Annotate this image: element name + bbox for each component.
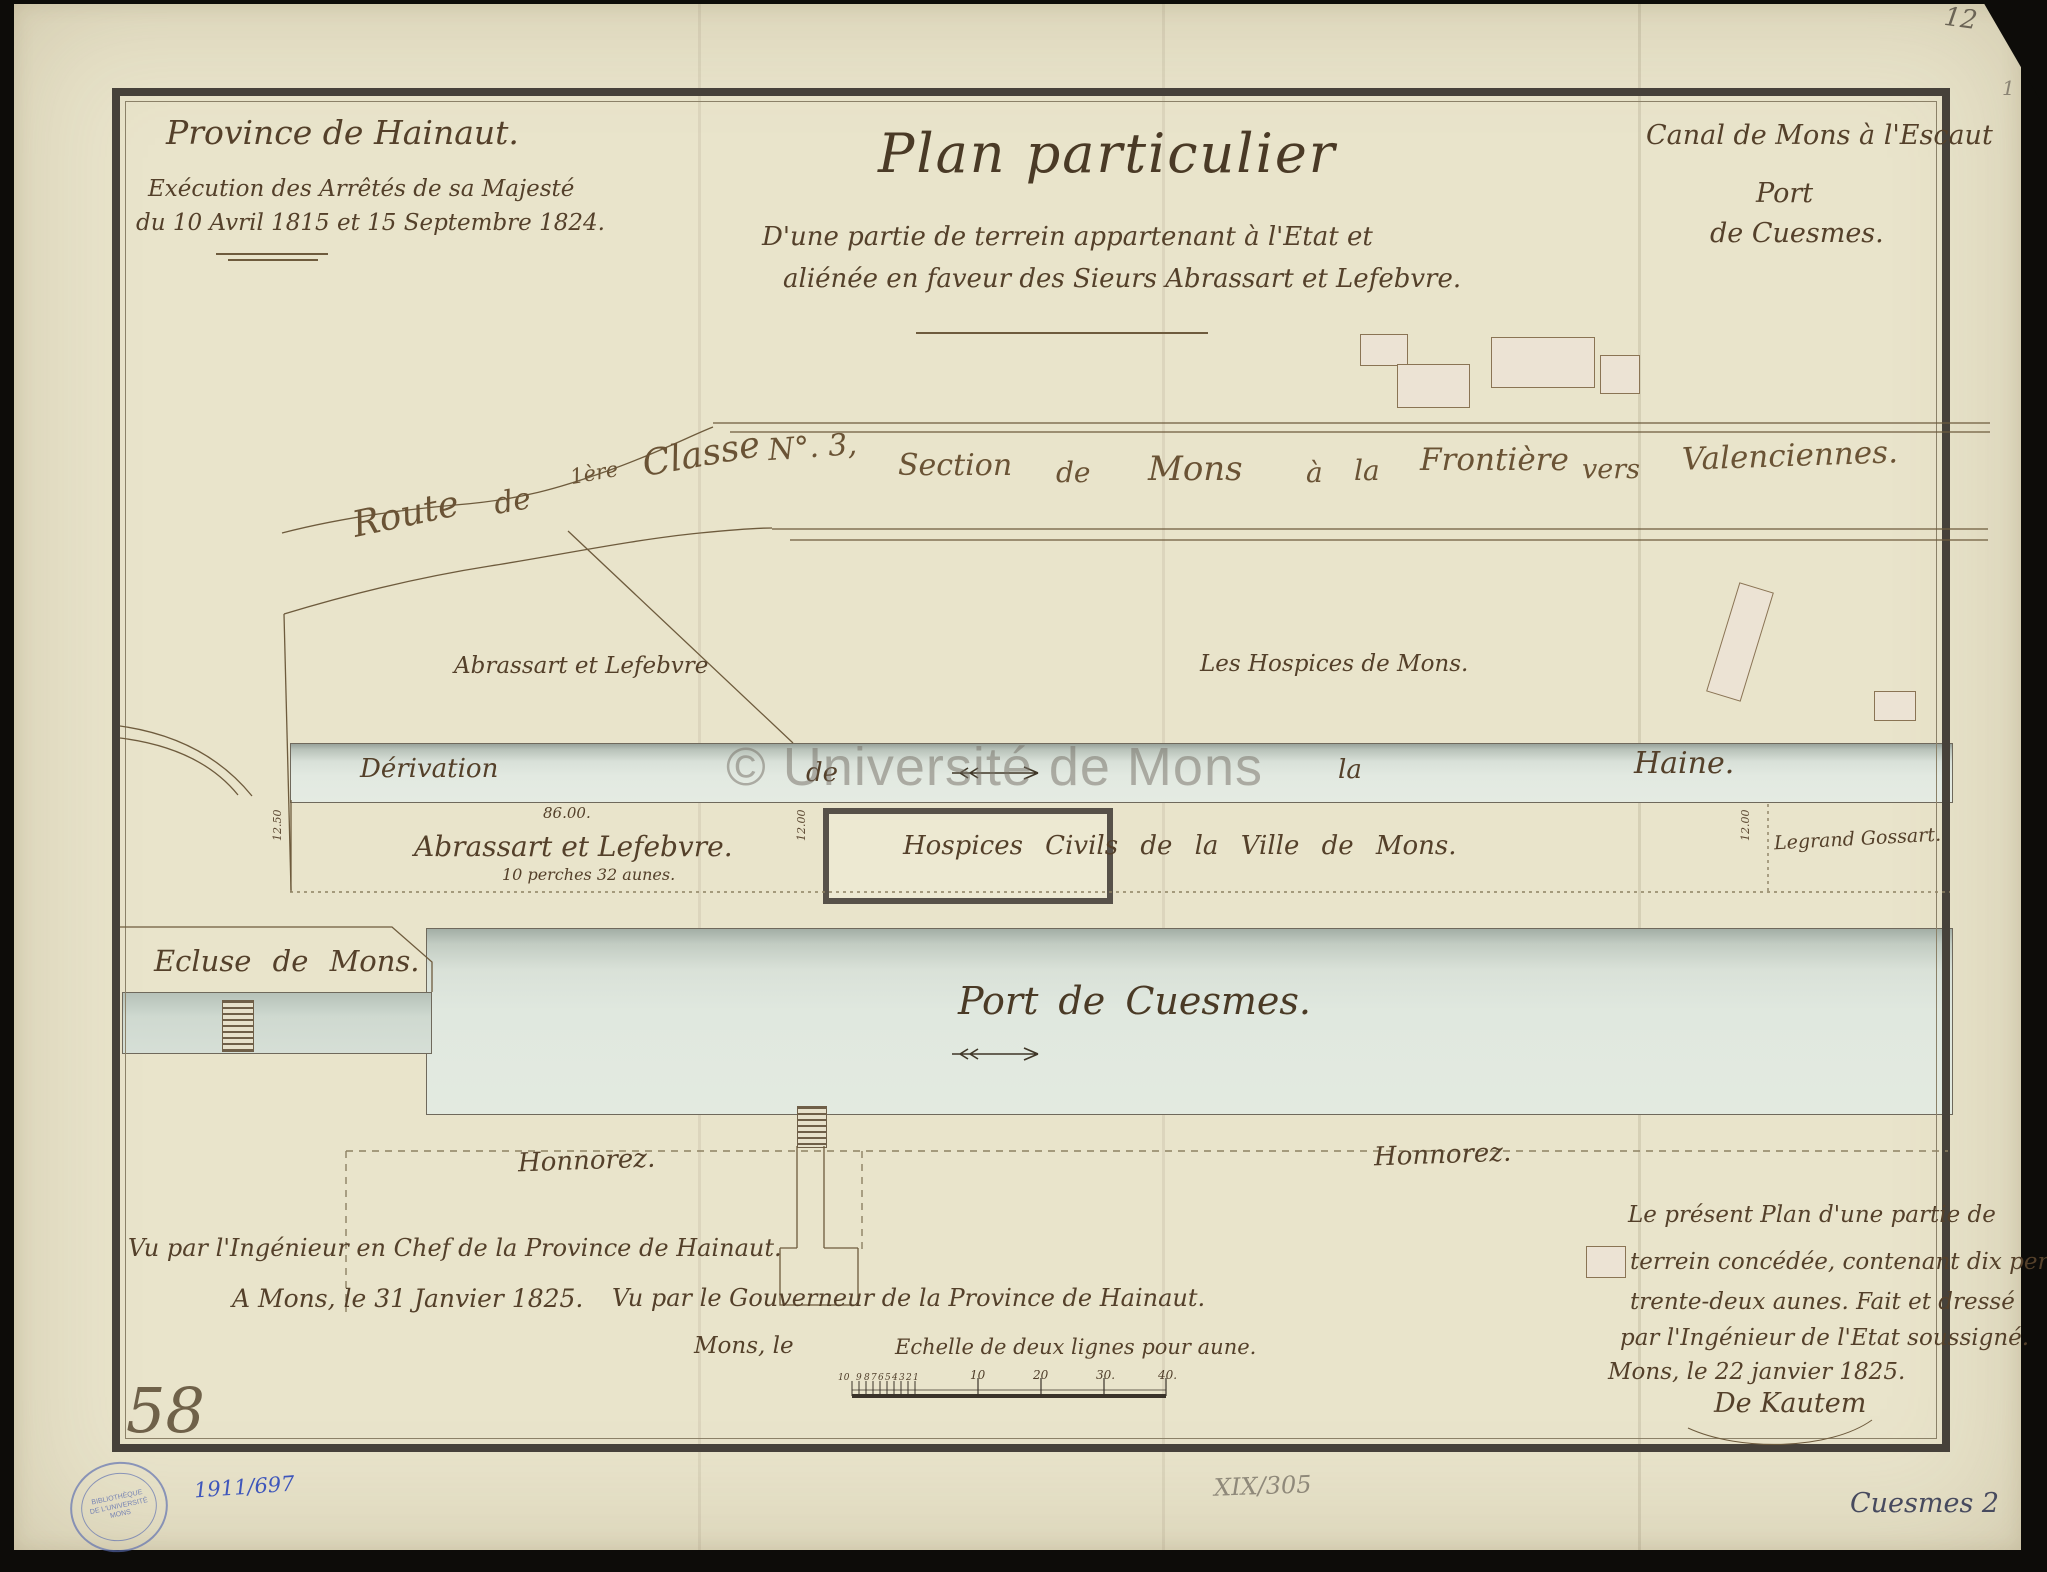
- parcel-label-abrassart: Abrassart et Lefebvre: [454, 654, 708, 678]
- scale-major-tick-label: 10: [970, 1368, 985, 1382]
- honnorez-label-left: Honnorez.: [518, 1146, 656, 1178]
- dimension-right: 12.00: [1739, 810, 1752, 842]
- scale-minor-tick-label: 4: [892, 1373, 898, 1383]
- parcel-label-hospices: Les Hospices de Mons.: [1200, 652, 1468, 676]
- scale-minor-tick-label: 7: [871, 1373, 877, 1383]
- ecluse-label: Ecluse de Mons.: [154, 946, 420, 976]
- edge-pencil-mark: 1: [2002, 78, 2015, 99]
- certification-line2: terrein concédée, contenant dix perches: [1630, 1250, 2047, 1274]
- certification-date: Mons, le 22 janvier 1825.: [1608, 1360, 1905, 1384]
- scale-minor-tick-label: 3: [899, 1373, 905, 1383]
- port-cuesmes-label: Port de Cuesmes.: [958, 982, 1311, 1022]
- certification-line4: par l'Ingénieur de l'Etat soussigné.: [1620, 1326, 2029, 1350]
- road-label-word: vers: [1582, 456, 1640, 484]
- honnorez-label-right: Honnorez.: [1374, 1140, 1512, 1172]
- road-label-word: Frontière: [1420, 444, 1569, 477]
- road-label-word: N°. 3,: [767, 429, 858, 467]
- canal-label-la: la: [1338, 757, 1362, 784]
- canal-label-haine: Haine.: [1634, 748, 1734, 780]
- scanned-map-sheet: Province de Hainaut. Exécution des Arrêt…: [0, 0, 2047, 1572]
- road-label-word: de: [492, 483, 534, 520]
- corner-archive-label: Cuesmes 2: [1850, 1490, 1999, 1518]
- execution-line2: du 10 Avril 1815 et 15 Septembre 1824.: [136, 211, 605, 235]
- province-title: Province de Hainaut.: [166, 116, 519, 151]
- scale-minor-tick-label: 10: [838, 1373, 849, 1383]
- road-label-word: de: [1056, 458, 1091, 487]
- scale-major-tick-label: 20: [1033, 1368, 1048, 1382]
- stamp-text-line: DE L'UNIVERSITÉ: [89, 1497, 148, 1518]
- scale-minor-tick-label: 9: [856, 1373, 862, 1383]
- road-label-word: Section: [898, 450, 1012, 482]
- dimension-8600: 86.00.: [543, 806, 591, 822]
- governor-visa-line2: Mons, le: [694, 1334, 794, 1358]
- engineer-visa-line2: A Mons, le 31 Janvier 1825.: [232, 1286, 583, 1312]
- scale-minor-tick-label: 5: [885, 1373, 891, 1383]
- scale-major-tick-label: 30.: [1096, 1368, 1115, 1382]
- canal-title: Canal de Mons à l'Escaut: [1646, 122, 1993, 150]
- top-right-pencil-mark: 12: [1942, 4, 1979, 36]
- scale-minor-tick-label: 8: [864, 1373, 870, 1383]
- scale-major-tick-label: 40.: [1158, 1368, 1177, 1382]
- flow-arrow-icon: [950, 1046, 1050, 1062]
- scale-label: Echelle de deux lignes pour aune.: [895, 1336, 1256, 1358]
- certification-line3: trente-deux aunes. Fait et dressé: [1630, 1290, 2015, 1314]
- canal-port-line2: de Cuesmes.: [1710, 220, 1884, 248]
- road-label-word: la: [1354, 456, 1380, 485]
- engineer-visa-line1: Vu par l'Ingénieur en Chef de la Provinc…: [128, 1236, 782, 1261]
- university-watermark: © Université de Mons: [726, 736, 1263, 798]
- scale-minor-tick-label: 2: [906, 1373, 912, 1383]
- stamp-text-line: BIBLIOTHÈQUE: [91, 1489, 143, 1508]
- strip-area-label: 10 perches 32 aunes.: [502, 867, 675, 884]
- governor-visa-line1: Vu par le Gouverneur de la Province de H…: [612, 1286, 1205, 1311]
- road-label-word: à: [1306, 458, 1323, 487]
- canal-label-derivation: Dérivation: [360, 756, 498, 783]
- certification-line1: Le présent Plan d'une partie de: [1628, 1203, 1996, 1227]
- plan-title: Plan particulier: [878, 126, 1337, 183]
- dimension-left: 12.50: [271, 810, 284, 842]
- scale-minor-tick-label: 6: [878, 1373, 884, 1383]
- dimension-mid: 12.00: [795, 810, 808, 842]
- hospices-civils-label: Hospices Civils de la Ville de Mons.: [903, 833, 1457, 860]
- canal-port-line1: Port: [1756, 180, 1813, 208]
- stamp-text-line: MONS: [110, 1509, 132, 1522]
- strip-owner-label: Abrassart et Lefebvre.: [414, 832, 733, 861]
- pencil-reference-number: XIX/305: [1214, 1472, 1312, 1501]
- plan-subtitle1: D'une partie de terrein appartenant à l'…: [762, 224, 1373, 251]
- sheet-number: 58: [126, 1378, 205, 1443]
- road-label-word: Mons: [1148, 452, 1243, 488]
- engineer-signature: De Kautem: [1714, 1390, 1866, 1418]
- scale-minor-tick-label: 1: [913, 1373, 919, 1383]
- road-label-word: Valenciennes.: [1681, 436, 1898, 476]
- plan-subtitle2: aliénée en faveur des Sieurs Abrassart e…: [783, 266, 1461, 293]
- execution-line1: Exécution des Arrêtés de sa Majesté: [148, 177, 574, 201]
